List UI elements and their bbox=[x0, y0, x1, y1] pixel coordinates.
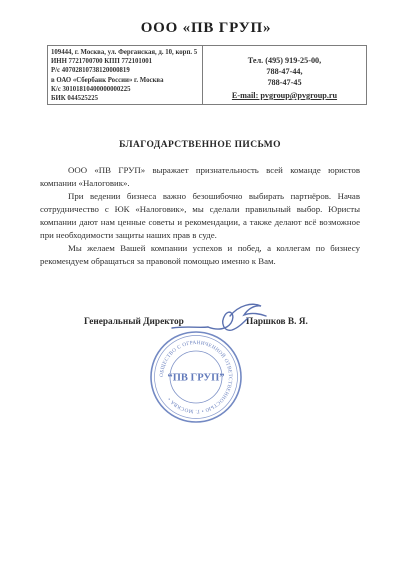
letter-paragraph: Мы желаем Вашей компании успехов и побед… bbox=[40, 242, 360, 268]
letter-body: ООО «ПВ ГРУП» выражает признательность в… bbox=[40, 164, 360, 268]
phone-line: 788-47-44, bbox=[203, 66, 366, 77]
phone-line: Тел. (495) 919-25-00, bbox=[203, 55, 366, 66]
letter-paragraph: ООО «ПВ ГРУП» выражает признательность в… bbox=[40, 164, 360, 190]
email-line: E-mail: pvgroup@pvgroup.ru bbox=[203, 90, 366, 101]
requisite-address: 109444, г. Москва, ул. Ферганская, д. 10… bbox=[51, 48, 199, 57]
company-round-stamp: ОБЩЕСТВО С ОГРАНИЧЕННОЙ ОТВЕТСТВЕННОСТЬЮ… bbox=[146, 327, 246, 427]
requisite-inn-kpp: ИНН 7721700700 КПП 772101001 bbox=[51, 57, 199, 66]
stamp-center-text: “ПВ ГРУП” bbox=[167, 373, 224, 384]
letter-title: БЛАГОДАРСТВЕННОЕ ПИСЬМО bbox=[40, 140, 360, 150]
letter-paragraph: При ведении бизнеса важно безошибочно вы… bbox=[40, 190, 360, 242]
requisite-bik: БИК 044525225 bbox=[51, 94, 199, 103]
scanned-letter-page: ООО «ПВ ГРУП» 109444, г. Москва, ул. Фер… bbox=[0, 0, 400, 565]
requisites-table: 109444, г. Москва, ул. Ферганская, д. 10… bbox=[47, 45, 367, 105]
contacts-cell: Тел. (495) 919-25-00, 788-47-44, 788-47-… bbox=[203, 46, 366, 104]
requisite-corr-account: К/с 30101810400000000225 bbox=[51, 85, 199, 94]
requisite-account: Р/с 40702810738120000819 bbox=[51, 66, 199, 75]
company-title: ООО «ПВ ГРУП» bbox=[47, 20, 365, 37]
phone-line: 788-47-45 bbox=[203, 77, 366, 88]
requisites-cell: 109444, г. Москва, ул. Ферганская, д. 10… bbox=[48, 46, 203, 104]
requisite-bank: в ОАО «Сбербанк России» г. Москва bbox=[51, 76, 199, 85]
